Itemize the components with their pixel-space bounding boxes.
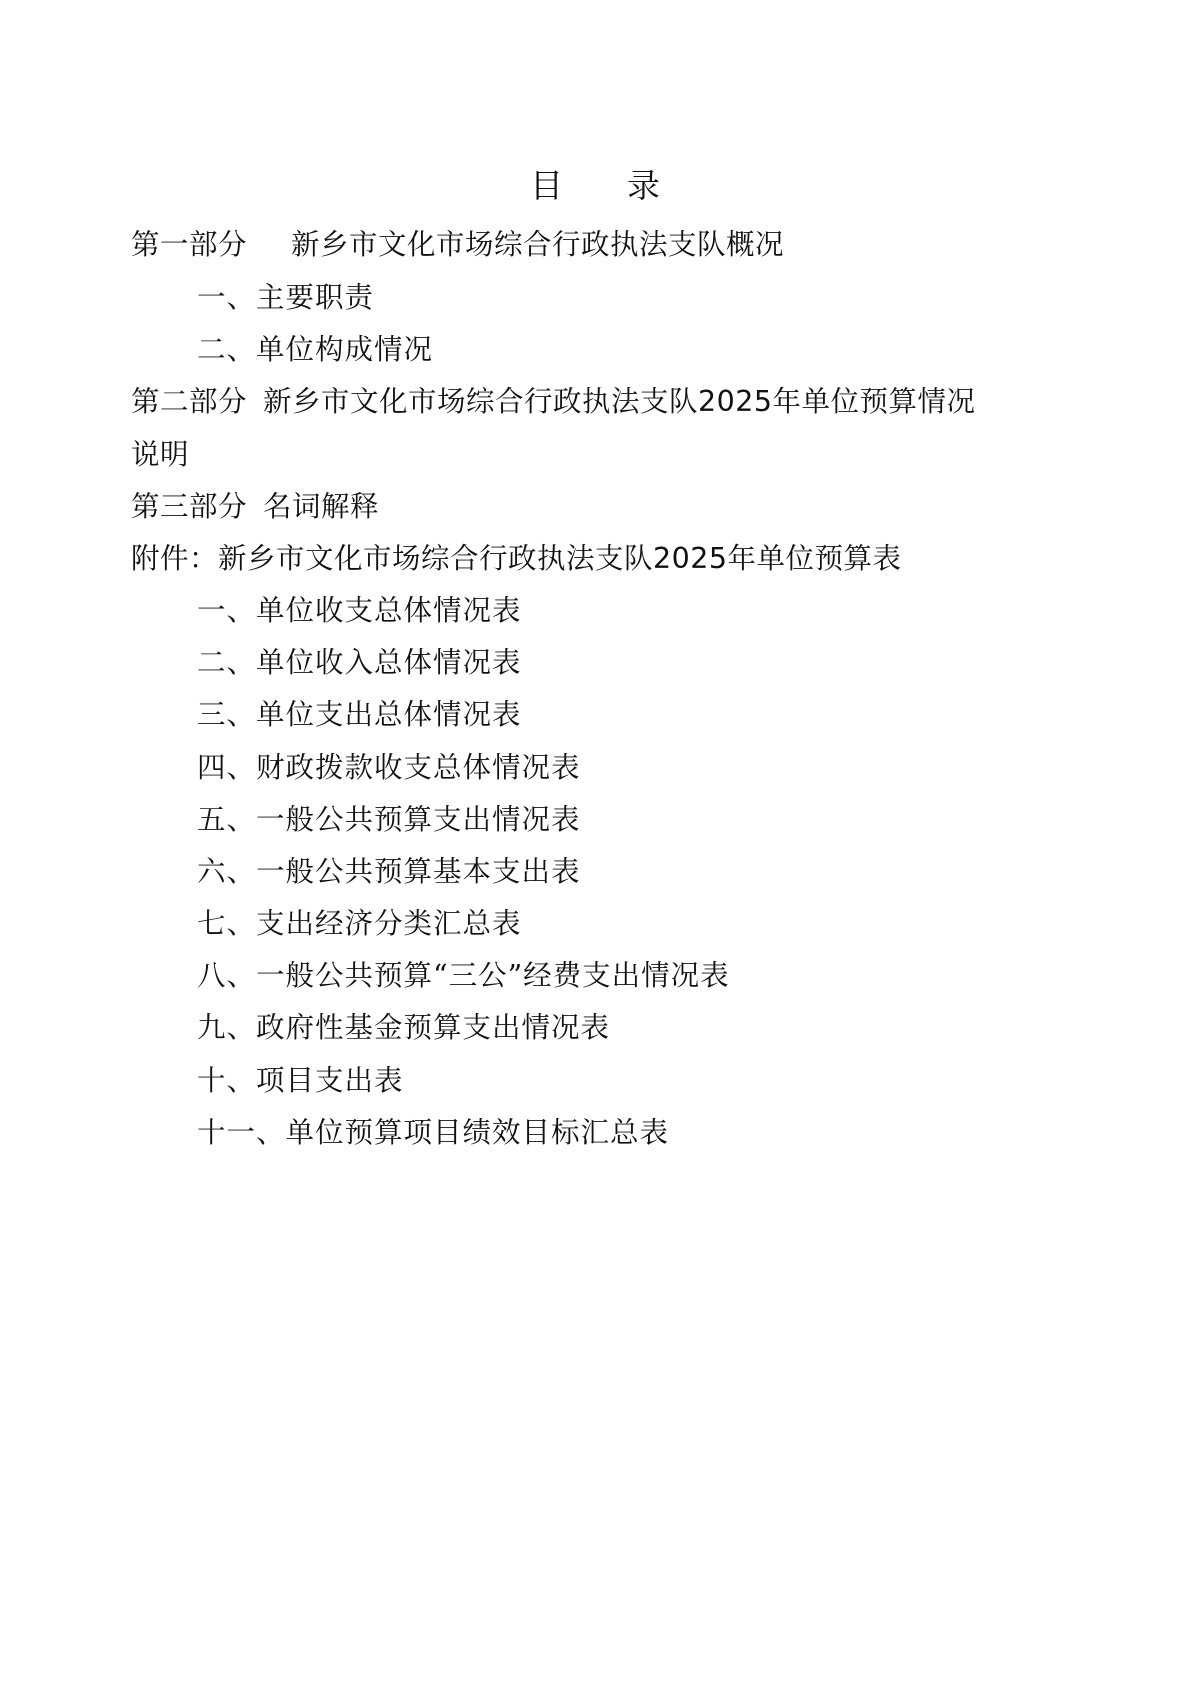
- page-title: 目录: [0, 160, 1190, 207]
- part-text: 名词解释: [263, 490, 379, 523]
- toc-appendix-item-9[interactable]: 九、政府性基金预算支出情况表: [197, 1005, 610, 1046]
- toc-item-unit-composition[interactable]: 二、单位构成情况: [197, 327, 433, 368]
- appendix-label: 附件：: [131, 542, 218, 575]
- toc-appendix[interactable]: 附件：新乡市文化市场综合行政执法支队2025年单位预算表: [131, 536, 902, 577]
- toc-item-main-duties[interactable]: 一、主要职责: [197, 275, 374, 316]
- toc-appendix-item-3[interactable]: 三、单位支出总体情况表: [197, 692, 522, 733]
- part-label: 第三部分: [131, 490, 247, 523]
- title-char-2: 录: [627, 160, 660, 207]
- toc-appendix-item-2[interactable]: 二、单位收入总体情况表: [197, 640, 522, 681]
- part-text: 新乡市文化市场综合行政执法支队2025年单位预算情况: [263, 385, 976, 418]
- title-char-1: 目: [530, 160, 563, 207]
- toc-part-3[interactable]: 第三部分名词解释: [131, 484, 379, 525]
- toc-part-1[interactable]: 第一部分新乡市文化市场综合行政执法支队概况: [131, 222, 784, 263]
- toc-part-2[interactable]: 第二部分新乡市文化市场综合行政执法支队2025年单位预算情况: [131, 379, 976, 420]
- toc-appendix-item-4[interactable]: 四、财政拨款收支总体情况表: [197, 745, 581, 786]
- part-label: 第二部分: [131, 385, 247, 418]
- appendix-text: 新乡市文化市场综合行政执法支队2025年单位预算表: [218, 542, 902, 575]
- toc-appendix-item-11[interactable]: 十一、单位预算项目绩效目标汇总表: [197, 1110, 669, 1151]
- toc-appendix-item-8[interactable]: 八、一般公共预算“三公”经费支出情况表: [197, 953, 730, 994]
- toc-appendix-item-7[interactable]: 七、支出经济分类汇总表: [197, 901, 522, 942]
- toc-appendix-item-1[interactable]: 一、单位收支总体情况表: [197, 588, 522, 629]
- toc-part-2-continuation[interactable]: 说明: [131, 432, 189, 473]
- toc-appendix-item-5[interactable]: 五、一般公共预算支出情况表: [197, 797, 581, 838]
- toc-appendix-item-10[interactable]: 十、项目支出表: [197, 1058, 404, 1099]
- part-text: 新乡市文化市场综合行政执法支队概况: [291, 228, 784, 261]
- part-label: 第一部分: [131, 228, 247, 261]
- toc-page: 目录 第一部分新乡市文化市场综合行政执法支队概况 一、主要职责 二、单位构成情况…: [0, 0, 1190, 1684]
- toc-appendix-item-6[interactable]: 六、一般公共预算基本支出表: [197, 849, 581, 890]
